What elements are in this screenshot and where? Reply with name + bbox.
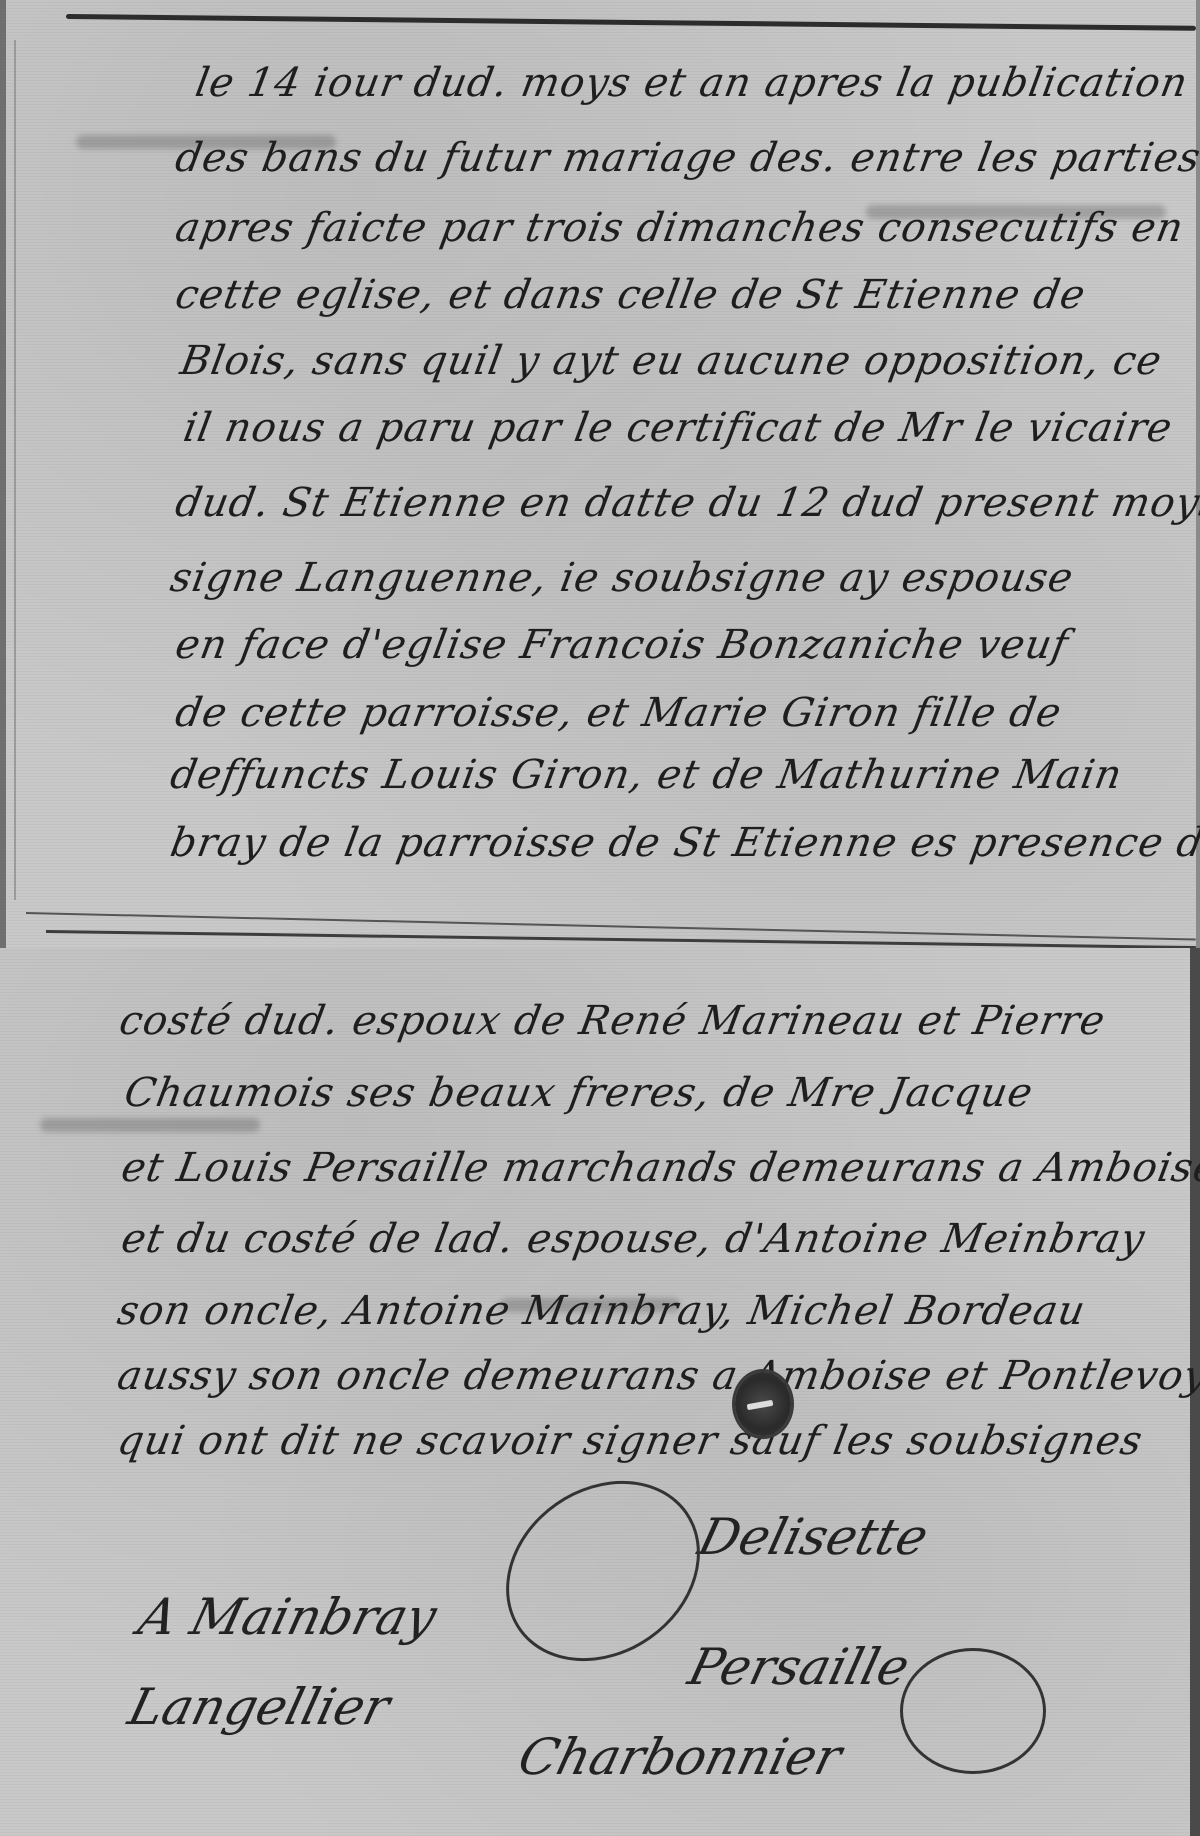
signature: Charbonnier — [513, 1728, 848, 1786]
register-line: aussy son oncle demeurans a Amboise et P… — [114, 1353, 1200, 1399]
page-margin-line — [14, 40, 16, 900]
register-line: signe Languenne, ie soubsigne ay espouse — [167, 555, 1077, 601]
register-line: qui ont dit ne scavoir signer sauf les s… — [114, 1418, 1146, 1464]
page-fold-edge — [26, 912, 1196, 941]
signature: Delisette — [693, 1508, 934, 1566]
register-line: et du costé de lad. espouse, d'Antoine M… — [118, 1216, 1149, 1262]
register-line: dud. St Etienne en datte du 12 dud prese… — [172, 480, 1200, 526]
section-divider-rule — [66, 14, 1196, 31]
register-line: bray de la parroisse de St Etienne es pr… — [167, 820, 1200, 866]
upper-register-page: le 14 iour dud. moys et an apres la publ… — [6, 0, 1200, 948]
register-line: costé dud. espoux de René Marineau et Pi… — [116, 998, 1109, 1044]
register-line: son oncle, Antoine Mainbray, Michel Bord… — [114, 1288, 1089, 1334]
register-line: le 14 iour dud. moys et an apres la publ… — [192, 60, 1192, 106]
register-line: deffuncts Louis Giron, et de Mathurine M… — [167, 752, 1126, 798]
signature: Langellier — [123, 1678, 396, 1736]
register-line: des bans du futur mariage des. entre les… — [172, 135, 1200, 181]
register-line: il nous a paru par le certificat de Mr l… — [180, 405, 1176, 451]
register-line: cette eglise, et dans celle de St Etienn… — [172, 272, 1089, 318]
register-line: en face d'eglise Francois Bonzaniche veu… — [172, 622, 1072, 668]
register-line: Blois, sans quil y ayt eu aucune opposit… — [177, 338, 1166, 384]
signature: A Mainbray — [133, 1588, 443, 1646]
register-line: de cette parroisse, et Marie Giron fille… — [172, 690, 1065, 736]
wax-seal-stamp — [735, 1372, 791, 1436]
page-fold-edge — [46, 930, 1196, 949]
register-line: et Louis Persaille marchands demeurans a… — [118, 1145, 1200, 1191]
register-line: apres faicte par trois dimanches consecu… — [172, 205, 1187, 251]
signature-flourish — [900, 1648, 1046, 1774]
lower-register-page: costé dud. espoux de René Marineau et Pi… — [0, 948, 1200, 1836]
ink-bleed — [40, 1118, 260, 1132]
signature: Persaille — [683, 1638, 915, 1696]
register-line: Chaumois ses beaux freres, de Mre Jacque — [121, 1070, 1037, 1116]
